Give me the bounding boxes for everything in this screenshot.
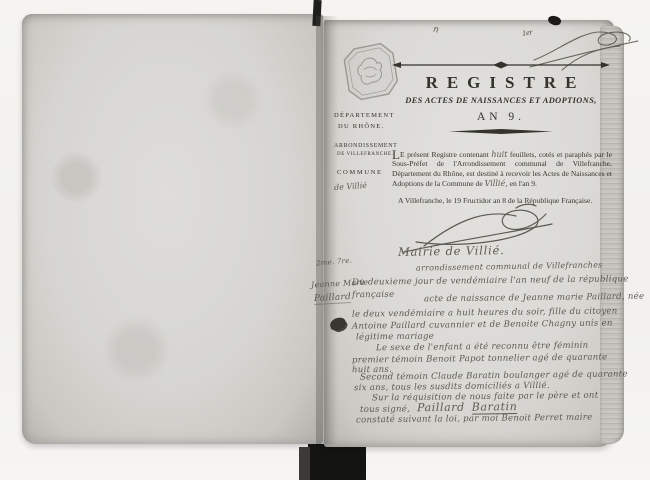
signature-baratin: Baratin	[472, 400, 518, 415]
act-line: légitime mariage	[356, 332, 434, 343]
book-spine-step	[299, 447, 310, 480]
scanned-register-photo: 1er n DÉPARTEMENT DU RHÔNE. ARRONDISSEME…	[0, 0, 650, 480]
book-spine-bottom	[308, 444, 366, 480]
register-header: REGISTRE DES ACTES DE NAISSANCES ET ADOP…	[390, 60, 612, 135]
margin-child-surname: Paillard	[314, 292, 352, 305]
preamble-text-3: en l'an 9.	[508, 179, 537, 188]
ornament-rule-icon	[392, 60, 610, 70]
register-year: AN 9.	[390, 111, 612, 123]
commune-handwritten-value: de Villié	[334, 181, 368, 192]
register-title: REGISTRE	[390, 73, 612, 93]
swelled-rule-icon	[449, 128, 553, 135]
signature-prefix: tous signé,	[360, 404, 410, 415]
signatures-line: tous signé,PaillardBaratin	[360, 400, 518, 415]
signature-paillard: Paillard	[417, 401, 465, 415]
folio-count-handwritten: huit	[491, 150, 507, 159]
gutter-shadow	[316, 16, 338, 444]
act-heading: Mairie de Villié.	[398, 243, 505, 259]
preamble-text-1: E présent Registre contenant	[400, 150, 491, 159]
register-subtitle: DES ACTES DE NAISSANCES ET ADOPTIONS,	[390, 96, 612, 105]
arrondissement-label: ARRONDISSEMENT	[334, 143, 420, 149]
act-line: française	[352, 290, 395, 301]
preamble-paragraph: LE présent Registre contenant huit feuil…	[392, 150, 612, 189]
commune-inline-handwritten: Villié,	[485, 179, 508, 188]
left-blank-page	[22, 14, 323, 444]
